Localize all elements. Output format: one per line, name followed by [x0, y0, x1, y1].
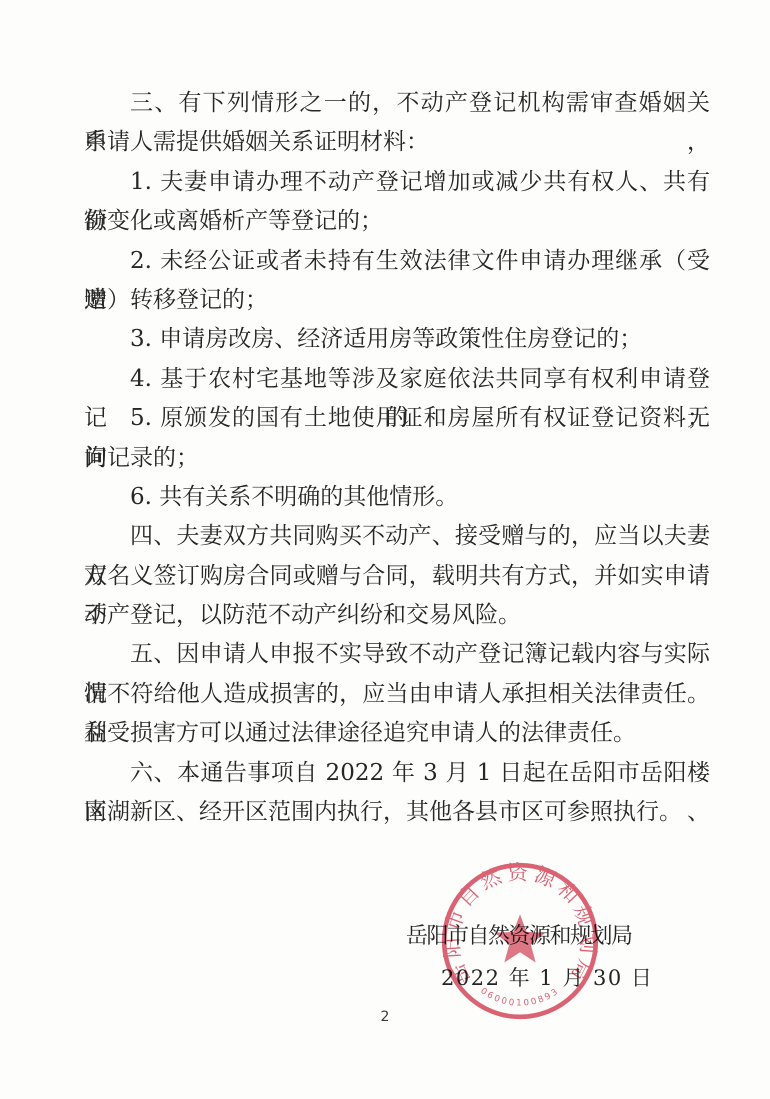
- seal-graphic: 岳阳市自然资源和规划局 06000100893: [438, 859, 602, 1023]
- text-line: 赠）转移登记的；: [84, 281, 710, 320]
- official-seal-stamp: 岳阳市自然资源和规划局 06000100893: [438, 859, 602, 1023]
- text-line: 四、夫妻双方共同购买不动产、接受赠与的，应当以夫妻双: [84, 517, 710, 556]
- text-line: 5. 原颁发的国有土地使用证和房屋所有权证登记资料无询: [84, 399, 710, 438]
- text-line: 三、有下列情形之一的，不动产登记机构需审查婚姻关系，: [84, 84, 710, 123]
- text-line: 1. 夫妻申请办理不动产登记增加或减少共有权人、共有份: [84, 163, 710, 202]
- seal-star-icon: [495, 914, 546, 962]
- text-line: 南湖新区、经开区范围内执行，其他各县市区可参照执行。: [84, 793, 710, 832]
- text-line: 3. 申请房改房、经济适用房等政策性住房登记的；: [84, 320, 710, 359]
- seal-code: 06000100893: [478, 986, 561, 1008]
- text-line: 6. 共有关系不明确的其他情形。: [84, 478, 710, 517]
- text-line: 问记录的；: [84, 439, 710, 478]
- text-line: 六、本通告事项自 2022 年 3 月 1 日起在岳阳市岳阳楼区、: [84, 754, 710, 793]
- text-line: 况不符给他人造成损害的，应当由申请人承担相关法律责任。利: [84, 675, 710, 714]
- scanned-document-page: 三、有下列情形之一的，不动产登记机构需审查婚姻关系，申请人需提供婚姻关系证明材料…: [0, 0, 770, 1099]
- document-body: 三、有下列情形之一的，不动产登记机构需审查婚姻关系，申请人需提供婚姻关系证明材料…: [84, 84, 710, 832]
- text-line: 方名义签订购房合同或赠与合同，载明共有方式，并如实申请不: [84, 557, 710, 596]
- text-line: 益受损害方可以通过法律途径追究申请人的法律责任。: [84, 714, 710, 753]
- text-line: 2. 未经公证或者未持有生效法律文件申请办理继承（受遗: [84, 242, 710, 281]
- text-line: 4. 基于农村宅基地等涉及家庭依法共同享有权利申请登记的；: [84, 360, 710, 399]
- text-line: 额变化或离婚析产等登记的；: [84, 202, 710, 241]
- page-number: 2: [0, 1009, 770, 1025]
- text-line: 五、因申请人申报不实导致不动产登记簿记载内容与实际情: [84, 635, 710, 674]
- text-line: 动产登记，以防范不动产纠纷和交易风险。: [84, 596, 710, 635]
